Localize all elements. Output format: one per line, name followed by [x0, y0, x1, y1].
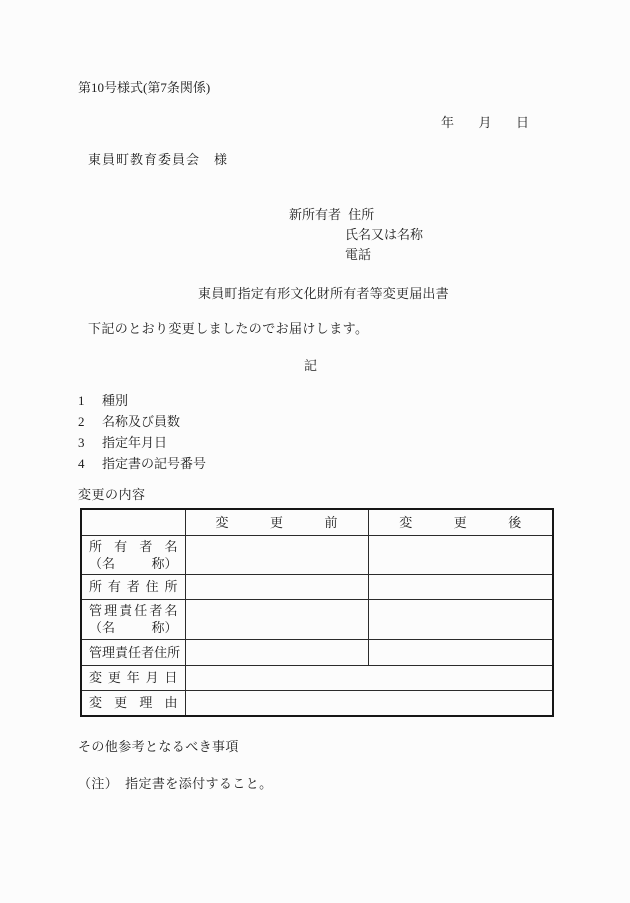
- row-label-cell: 変更年月日: [81, 665, 185, 690]
- row-label: 所有者名: [89, 538, 178, 555]
- list-item-label: 名称及び員数: [102, 414, 180, 429]
- table-row-manager-address: 管理責任者住所: [81, 639, 553, 665]
- table-header-row: 変更前 変更後: [81, 509, 553, 535]
- row-label-line2: （名称）: [89, 555, 178, 572]
- form-number: 第10号様式(第7条関係): [78, 81, 210, 94]
- list-item: 3指定年月日: [78, 436, 206, 457]
- row-label-cell: 管理責任者住所: [81, 639, 185, 665]
- table-row-change-reason: 変更理由: [81, 690, 553, 716]
- list-item-label: 指定書の記号番号: [102, 456, 206, 471]
- row-label-cell: 所有者名 （名称）: [81, 535, 185, 574]
- row-label: 変更理由: [89, 694, 178, 711]
- new-owner-name-label: 氏名又は名称: [345, 227, 423, 242]
- cell-merged-value: [185, 690, 553, 716]
- list-item-number: 4: [78, 457, 102, 470]
- table-row-owner-name: 所有者名 （名称）: [81, 535, 553, 574]
- new-owner-address-label: 住所: [348, 207, 374, 222]
- new-owner-block: 新所有者 住所 氏名又は名称 電話: [289, 208, 423, 268]
- cell-before-value: [185, 599, 368, 639]
- item-list: 1種別 2名称及び員数 3指定年月日 4指定書の記号番号: [78, 394, 206, 478]
- list-item: 1種別: [78, 394, 206, 415]
- row-label: 管理責任者住所: [89, 644, 178, 661]
- cell-after-value: [368, 574, 553, 599]
- list-item-number: 1: [78, 394, 102, 407]
- new-owner-label: 新所有者: [289, 208, 341, 221]
- row-label-line2: （名称）: [89, 619, 178, 636]
- document-page: 第10号様式(第7条関係) 年 月 日 東員町教育委員会 様 新所有者 住所 氏…: [0, 0, 630, 903]
- table-row-manager-name: 管理責任者名 （名称）: [81, 599, 553, 639]
- addressee: 東員町教育委員会 様: [88, 153, 228, 166]
- cell-merged-value: [185, 665, 553, 690]
- table-row-owner-address: 所有者住所: [81, 574, 553, 599]
- list-item: 4指定書の記号番号: [78, 457, 206, 478]
- list-item-number: 3: [78, 436, 102, 449]
- date-line: 年 月 日: [441, 116, 529, 129]
- list-item-number: 2: [78, 415, 102, 428]
- date-month-label: 月: [478, 116, 491, 129]
- cell-before-value: [185, 639, 368, 665]
- header-cell-after: 変更後: [368, 509, 553, 535]
- list-item-label: 種別: [102, 393, 128, 408]
- change-table: 変更前 変更後 所有者名 （名称） 所有者住所 管理責任者名 （名称）: [80, 508, 554, 717]
- list-item-label: 指定年月日: [102, 435, 167, 450]
- list-item: 2名称及び員数: [78, 415, 206, 436]
- header-cell-before: 変更前: [185, 509, 368, 535]
- row-label-cell: 変更理由: [81, 690, 185, 716]
- header-before-label: 変更前: [216, 516, 338, 529]
- date-year-label: 年: [441, 116, 454, 129]
- cell-after-value: [368, 599, 553, 639]
- header-after-label: 変更後: [399, 516, 521, 529]
- cell-after-value: [368, 535, 553, 574]
- body-text: 下記のとおり変更しましたのでお届けします。: [88, 322, 368, 335]
- record-mark: 記: [304, 359, 317, 372]
- row-label-cell: 所有者住所: [81, 574, 185, 599]
- date-day-label: 日: [516, 116, 529, 129]
- table-row-change-date: 変更年月日: [81, 665, 553, 690]
- cell-before-value: [185, 535, 368, 574]
- change-table-caption: 変更の内容: [78, 488, 146, 501]
- cell-before-value: [185, 574, 368, 599]
- row-label: 所有者住所: [89, 578, 178, 595]
- new-owner-phone-label: 電話: [345, 247, 371, 262]
- cell-after-value: [368, 639, 553, 665]
- footnote: （注） 指定書を添付すること。: [78, 777, 273, 790]
- row-label-cell: 管理責任者名 （名称）: [81, 599, 185, 639]
- other-note: その他参考となるべき事項: [78, 740, 239, 753]
- document-title: 東員町指定有形文化財所有者等変更届出書: [198, 287, 449, 300]
- row-label: 管理責任者名: [89, 602, 178, 619]
- header-cell-empty: [81, 509, 185, 535]
- row-label: 変更年月日: [89, 669, 178, 686]
